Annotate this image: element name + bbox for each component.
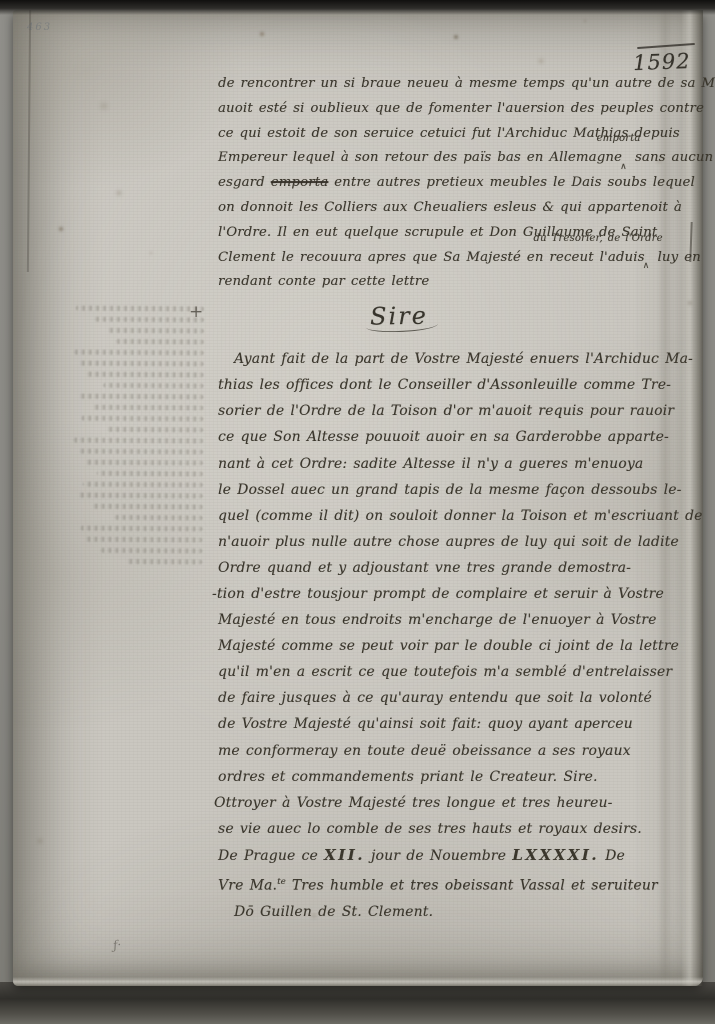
- text-segment: Ordre quand et y adjoustant vne tres gra…: [218, 560, 631, 576]
- bleedthrough-line: [79, 361, 204, 367]
- text-segment: Vre Ma.: [218, 878, 277, 894]
- marginal-cross-mark: +: [189, 302, 203, 322]
- bleedthrough-line: [83, 482, 203, 488]
- bleedthrough-line: [81, 416, 203, 422]
- text-segment: thias les offices dont le Conseiller d'A…: [218, 377, 671, 393]
- text-segment: me conformeray en toute deuë obeissance …: [218, 743, 631, 759]
- text-segment: Majesté comme se peut voir par le double…: [218, 638, 679, 654]
- verso-bleedthrough-text: [62, 306, 204, 571]
- manuscript-line: ordres et commandements priant le Create…: [218, 764, 715, 790]
- struck-word: emporta: [271, 175, 329, 190]
- text-segment: ordres et commandements priant le Create…: [218, 769, 598, 785]
- bleedthrough-line: [73, 438, 203, 444]
- text-segment: De Prague ce: [218, 848, 324, 864]
- bleedthrough-line: [116, 339, 204, 345]
- scan-top-shadow: [0, 0, 715, 15]
- manuscript-line: Ayant fait de la part de Vostre Majesté …: [234, 346, 715, 372]
- text-segment: XII.: [324, 846, 365, 864]
- text-segment: Dō Guillen de St. Clement.: [234, 904, 433, 920]
- text-segment: Ottroyer à Vostre Majesté tres longue et…: [214, 795, 613, 811]
- manuscript-page: 463 1592 + ƒ· de rencontrer un si braue …: [13, 10, 703, 986]
- bleedthrough-line: [100, 548, 202, 554]
- text-segment: n'auoir plus nulle autre chose aupres de…: [218, 534, 679, 550]
- text-segment: qu'il m'en a escrit ce que toutefois m'a…: [218, 664, 672, 680]
- manuscript-line: Empereur lequel à son retour des païs ba…: [218, 146, 715, 171]
- text-segment: nant à cet Ordre: sadite Altesse il n'y …: [218, 456, 643, 472]
- manuscript-line: n'auoir plus nulle autre chose aupres de…: [218, 529, 715, 555]
- manuscript-line: se vie auec lo comble de ses tres hauts …: [218, 816, 715, 842]
- bleedthrough-line: [77, 493, 203, 499]
- text-segment: sorier de l'Ordre de la Toison d'or m'au…: [218, 403, 674, 419]
- manuscript-line: Ordre quand et y adjoustant vne tres gra…: [218, 555, 715, 581]
- text-segment: -tion d'estre tousjour prompt de complai…: [212, 586, 664, 602]
- bleedthrough-line: [79, 449, 203, 455]
- manuscript-line: Majesté comme se peut voir par le double…: [218, 633, 715, 659]
- manuscript-line: de faire jusques à ce qu'auray entendu q…: [218, 685, 715, 711]
- salutation-row: Sire: [366, 302, 715, 338]
- manuscript-line: De Prague ce XII. jour de Nouembre LXXXX…: [218, 842, 715, 869]
- manuscript-line: sorier de l'Ordre de la Toison d'or m'au…: [218, 398, 715, 424]
- bleedthrough-line: [108, 328, 204, 334]
- bleedthrough-line: [74, 350, 204, 356]
- manuscript-line: auoit esté si oublieux que de fomenter l…: [218, 97, 715, 122]
- text-segment: luy en: [652, 250, 701, 265]
- bleedthrough-line: [107, 427, 203, 433]
- manuscript-scan: 463 1592 + ƒ· de rencontrer un si braue …: [0, 0, 715, 1024]
- manuscript-line: me conformeray en toute deuë obeissance …: [218, 738, 715, 764]
- bleedthrough-line: [103, 383, 203, 389]
- text-segment: ce que Son Altesse pouuoit auoir en sa G…: [218, 429, 669, 445]
- manuscript-line: le Dossel auec un grand tapis de la mesm…: [218, 477, 715, 503]
- text-segment: jour de Nouembre: [365, 848, 512, 864]
- letter-opening-block: de rencontrer un si braue neueu à mesme …: [218, 72, 715, 295]
- deckle-edge: [13, 977, 703, 986]
- manuscript-line: ce que Son Altesse pouuoit auoir en sa G…: [218, 424, 715, 450]
- manuscript-line: Ottroyer à Vostre Majesté tres longue et…: [214, 790, 715, 816]
- bleedthrough-line: [77, 394, 203, 400]
- salutation: Sire: [366, 302, 438, 333]
- letter-body-block: Ayant fait de la part de Vostre Majesté …: [218, 346, 715, 925]
- text-segment: rendant conte par cette lettre: [218, 274, 429, 289]
- text-segment: Clement le recouura apres que Sa Majesté…: [218, 250, 645, 265]
- manuscript-line: nant à cet Ordre: sadite Altesse il n'y …: [218, 451, 715, 477]
- text-segment: esgard: [218, 175, 271, 190]
- text-segment: entre autres pretieux meubles le Dais so…: [328, 175, 695, 190]
- manuscript-line: on donnoit les Colliers aux Cheualiers e…: [218, 196, 715, 221]
- text-segment: quel (comme il dit) on souloit donner la…: [218, 508, 703, 524]
- text-segment: Majesté en tous endroits m'encharge de l…: [218, 612, 657, 628]
- text-segment: Ayant fait de la part de Vostre Majesté …: [234, 351, 693, 367]
- manuscript-line: Clement le recouura apres que Sa Majesté…: [218, 246, 715, 271]
- bleedthrough-line: [84, 537, 202, 543]
- text-segment: te: [277, 877, 286, 887]
- bleedthrough-line: [126, 559, 202, 565]
- manuscript-line: quel (comme il dit) on souloit donner la…: [218, 503, 715, 529]
- manuscript-line: Majesté en tous endroits m'encharge de l…: [218, 607, 715, 633]
- letter-text: de rencontrer un si braue neueu à mesme …: [218, 72, 715, 925]
- manuscript-line: qu'il m'en a escrit ce que toutefois m'a…: [218, 659, 715, 685]
- interlinear-insertion: du Tresorier, de l'Ordre∧: [645, 247, 652, 260]
- bleedthrough-line: [114, 515, 202, 521]
- manuscript-line: thias les offices dont le Conseiller d'A…: [218, 372, 715, 398]
- manuscript-line: de Vostre Majesté qu'ainsi soit fait: qu…: [218, 711, 715, 737]
- manuscript-line: Vre Ma.te Tres humble et tres obeissant …: [218, 869, 715, 899]
- text-segment: Tres humble et tres obeissant Vassal et …: [286, 878, 658, 894]
- text-segment: de rencontrer un si braue neueu à mesme …: [218, 76, 715, 91]
- text-segment: le Dossel auec un grand tapis de la mesm…: [218, 482, 682, 498]
- text-segment: on donnoit les Colliers aux Cheualiers e…: [218, 200, 682, 215]
- interlinear-insertion: emporta∧: [622, 148, 629, 161]
- text-segment: De: [599, 848, 625, 864]
- scan-bottom-shadow: [0, 982, 715, 1024]
- text-segment: auoit esté si oublieux que de fomenter l…: [218, 101, 704, 116]
- manuscript-line: de rencontrer un si braue neueu à mesme …: [218, 72, 715, 97]
- bleedthrough-line: [94, 317, 204, 323]
- inserted-word: emporta: [597, 127, 641, 152]
- text-segment: se vie auec lo comble de ses tres hauts …: [218, 821, 642, 837]
- manuscript-line: rendant conte par cette lettre: [218, 270, 715, 295]
- text-segment: Empereur lequel à son retour des païs ba…: [218, 150, 622, 165]
- inserted-word: du Tresorier, de l'Ordre: [533, 227, 662, 252]
- text-segment: de faire jusques à ce qu'auray entendu q…: [218, 690, 652, 706]
- caret-mark: ∧: [620, 155, 627, 180]
- manuscript-line: Dō Guillen de St. Clement.: [234, 899, 715, 925]
- corner-folio-mark: 463: [27, 22, 52, 33]
- bleedthrough-line: [80, 526, 202, 532]
- text-segment: sans aucun: [629, 150, 713, 165]
- bleedthrough-line: [85, 372, 203, 378]
- manuscript-line: -tion d'estre tousjour prompt de complai…: [212, 581, 715, 607]
- bleedthrough-line: [91, 405, 203, 411]
- bleedthrough-line: [76, 306, 204, 312]
- text-segment: de Vostre Majesté qu'ainsi soit fait: qu…: [218, 716, 633, 732]
- bleedthrough-line: [97, 471, 203, 477]
- pen-trial-mark: ƒ·: [112, 937, 122, 952]
- bleedthrough-line: [85, 460, 203, 466]
- bleedthrough-line: [93, 504, 203, 510]
- caret-mark: ∧: [643, 254, 650, 279]
- manuscript-line: esgard emporta entre autres pretieux meu…: [218, 171, 715, 196]
- text-segment: LXXXXI.: [512, 846, 599, 864]
- left-edge-crease: [27, 10, 31, 272]
